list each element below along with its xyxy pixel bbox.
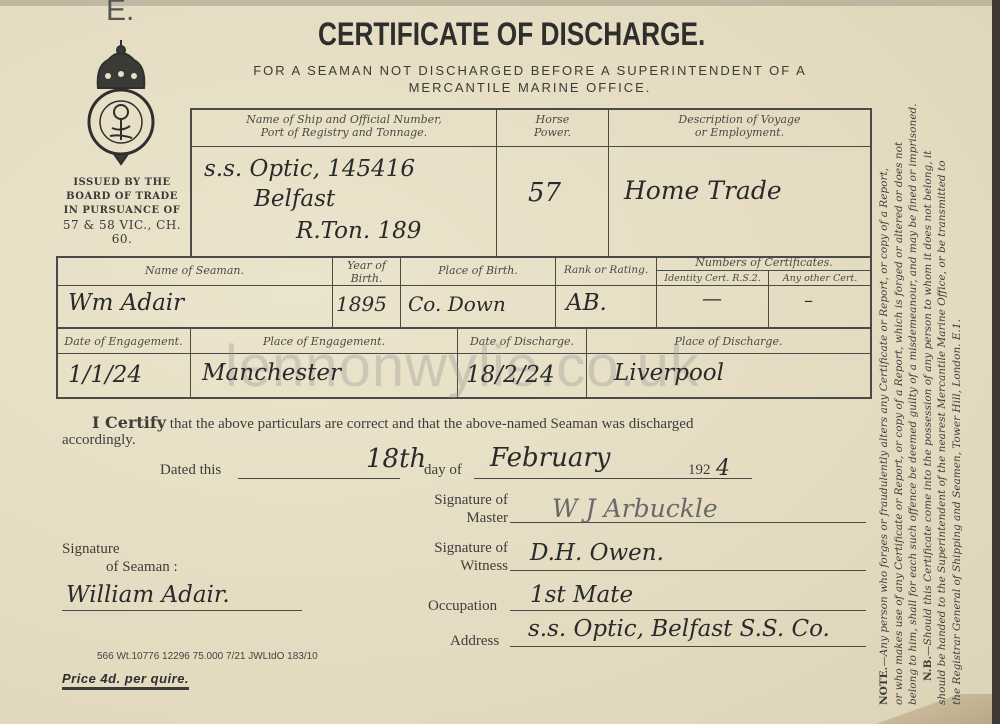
place-of-birth-value: Co. Down — [408, 292, 506, 316]
year-line — [712, 478, 752, 479]
place-engagement-value: Manchester — [202, 360, 341, 386]
address-value: s.s. Optic, Belfast S.S. Co. — [528, 616, 830, 642]
seaman-label-line-1: Signature — [62, 540, 178, 558]
master-label-line-2: Master — [416, 509, 508, 527]
document-title: CERTIFICATE OF DISCHARGE. — [318, 16, 705, 53]
header-rank: Rank or Rating. — [556, 264, 656, 277]
identity-cert-value: — — [702, 286, 722, 310]
certify-lead: I Certify — [92, 413, 166, 432]
top-edge-strip — [0, 0, 1000, 6]
day-of-label: day of — [424, 462, 462, 479]
horse-power-value: 57 — [528, 178, 561, 208]
month-line — [474, 478, 714, 479]
certify-accordingly: accordingly. — [62, 432, 136, 449]
witness-label-line-1: Signature of — [416, 539, 508, 557]
certify-text: that the above particulars are correct a… — [170, 416, 694, 432]
rank-value: AB. — [566, 290, 607, 316]
day-value: 18th — [366, 444, 426, 474]
header-place-of-birth: Place of Birth. — [401, 264, 555, 277]
side-note-para-2: N.B.—Should this Certificate come into t… — [921, 15, 936, 705]
header-year-line-2: Birth. — [333, 272, 400, 285]
print-code: 566 Wt.10776 12296 75.000 7/21 JWLtdO 18… — [97, 651, 318, 662]
tonnage-value: R.Ton. 189 — [296, 218, 421, 244]
price-label: Price 4d. per quire. — [62, 671, 189, 690]
ship-name-value: s.s. Optic, 145416 — [204, 156, 415, 182]
day-line — [238, 478, 400, 479]
header-ship-line-2: Port of Registry and Tonnage. — [192, 126, 496, 139]
header-voyage-line-1: Description of Voyage — [609, 113, 870, 126]
side-note: NOTE.—Any person who forges or fraudulen… — [877, 15, 965, 705]
seaman-signature-value: William Adair. — [66, 582, 230, 608]
witness-signature-line — [510, 570, 866, 571]
address-line — [510, 646, 866, 647]
issued-line-2: BOARD OF TRADE — [52, 190, 192, 204]
date-engagement-value: 1/1/24 — [68, 362, 142, 388]
header-identity-cert: Identity Cert. R.S.2. — [657, 272, 768, 285]
seaman-signature-label: Signature of Seaman : — [62, 540, 178, 576]
header-date-engagement: Date of Engagement. — [57, 335, 190, 348]
port-of-registry-value: Belfast — [254, 186, 335, 212]
header-horse-power: Horse Power. — [497, 113, 608, 139]
occupation-line — [510, 610, 866, 611]
occupation-value: 1st Mate — [530, 582, 633, 608]
year-prefix: 192 — [688, 462, 711, 479]
right-edge-shadow — [992, 0, 1000, 724]
header-ship-line-1: Name of Ship and Official Number, — [192, 113, 496, 126]
seaman-label-line-2: of Seaman : — [62, 558, 178, 576]
document-subtitle: FOR A SEAMAN NOT DISCHARGED BEFORE A SUP… — [190, 62, 870, 96]
master-signature-label: Signature of Master — [416, 491, 508, 527]
header-ship: Name of Ship and Official Number, Port o… — [192, 113, 496, 139]
issued-line-3: IN PURSUANCE OF — [52, 204, 192, 218]
voyage-value: Home Trade — [624, 176, 782, 205]
seaman-signature-line — [62, 610, 302, 611]
master-signature-value: W J Arbuckle — [552, 494, 718, 523]
header-seaman-name: Name of Seaman. — [57, 264, 332, 277]
note-line-2: or who makes use of any Certificate or R… — [892, 15, 907, 705]
address-label: Address — [450, 633, 499, 650]
place-discharge-value: Liverpool — [614, 360, 724, 386]
header-year-of-birth: Year of Birth. — [333, 259, 400, 285]
issued-by-block: ISSUED BY THE BOARD OF TRADE IN PURSUANC… — [52, 176, 192, 246]
subtitle-line-2: MERCANTILE MARINE OFFICE. — [190, 79, 870, 96]
seaman-name-value: Wm Adair — [68, 290, 184, 316]
side-note-para-1: NOTE.—Any person who forges or fraudulen… — [877, 15, 892, 705]
witness-signature-label: Signature of Witness — [416, 539, 508, 575]
occupation-label: Occupation — [428, 598, 497, 615]
header-horse-line-2: Power. — [497, 126, 608, 139]
header-voyage-line-2: or Employment. — [609, 126, 870, 139]
header-year-line-1: Year of — [333, 259, 400, 272]
certify-statement: I Certify that the above particulars are… — [92, 413, 693, 433]
nb-lead: N.B. — [922, 656, 934, 681]
note-line-1: —Any person who forges or fraudulently a… — [878, 168, 890, 667]
subtitle-line-1: FOR A SEAMAN NOT DISCHARGED BEFORE A SUP… — [190, 62, 870, 79]
note-line-4: —Should this Certificate come into the p… — [922, 151, 934, 656]
note-line-6: the Registrar General of Shipping and Se… — [950, 15, 965, 705]
year-of-birth-value: 1895 — [336, 292, 387, 316]
note-line-5: should be handed to the Superintendent o… — [935, 15, 950, 705]
header-horse-line-1: Horse — [497, 113, 608, 126]
note-line-3: belong to him, shall for each such offen… — [906, 15, 921, 705]
issued-line-1: ISSUED BY THE — [52, 176, 192, 190]
form-letter: E. — [106, 0, 134, 28]
header-certificates: Numbers of Certificates. — [657, 256, 871, 269]
header-voyage: Description of Voyage or Employment. — [609, 113, 870, 139]
master-label-line-1: Signature of — [416, 491, 508, 509]
other-cert-value: – — [804, 290, 813, 311]
date-discharge-value: 18/2/24 — [466, 362, 555, 388]
witness-label-line-2: Witness — [416, 557, 508, 575]
witness-signature-value: D.H. Owen. — [530, 540, 664, 566]
board-of-trade-crest-icon — [82, 36, 160, 168]
issued-line-4: 57 & 58 VIC., CH. 60. — [52, 218, 192, 246]
month-value: February — [490, 443, 610, 473]
note-lead: NOTE. — [878, 667, 890, 705]
header-other-cert: Any other Cert. — [769, 272, 871, 285]
dated-this-label: Dated this — [160, 462, 221, 479]
